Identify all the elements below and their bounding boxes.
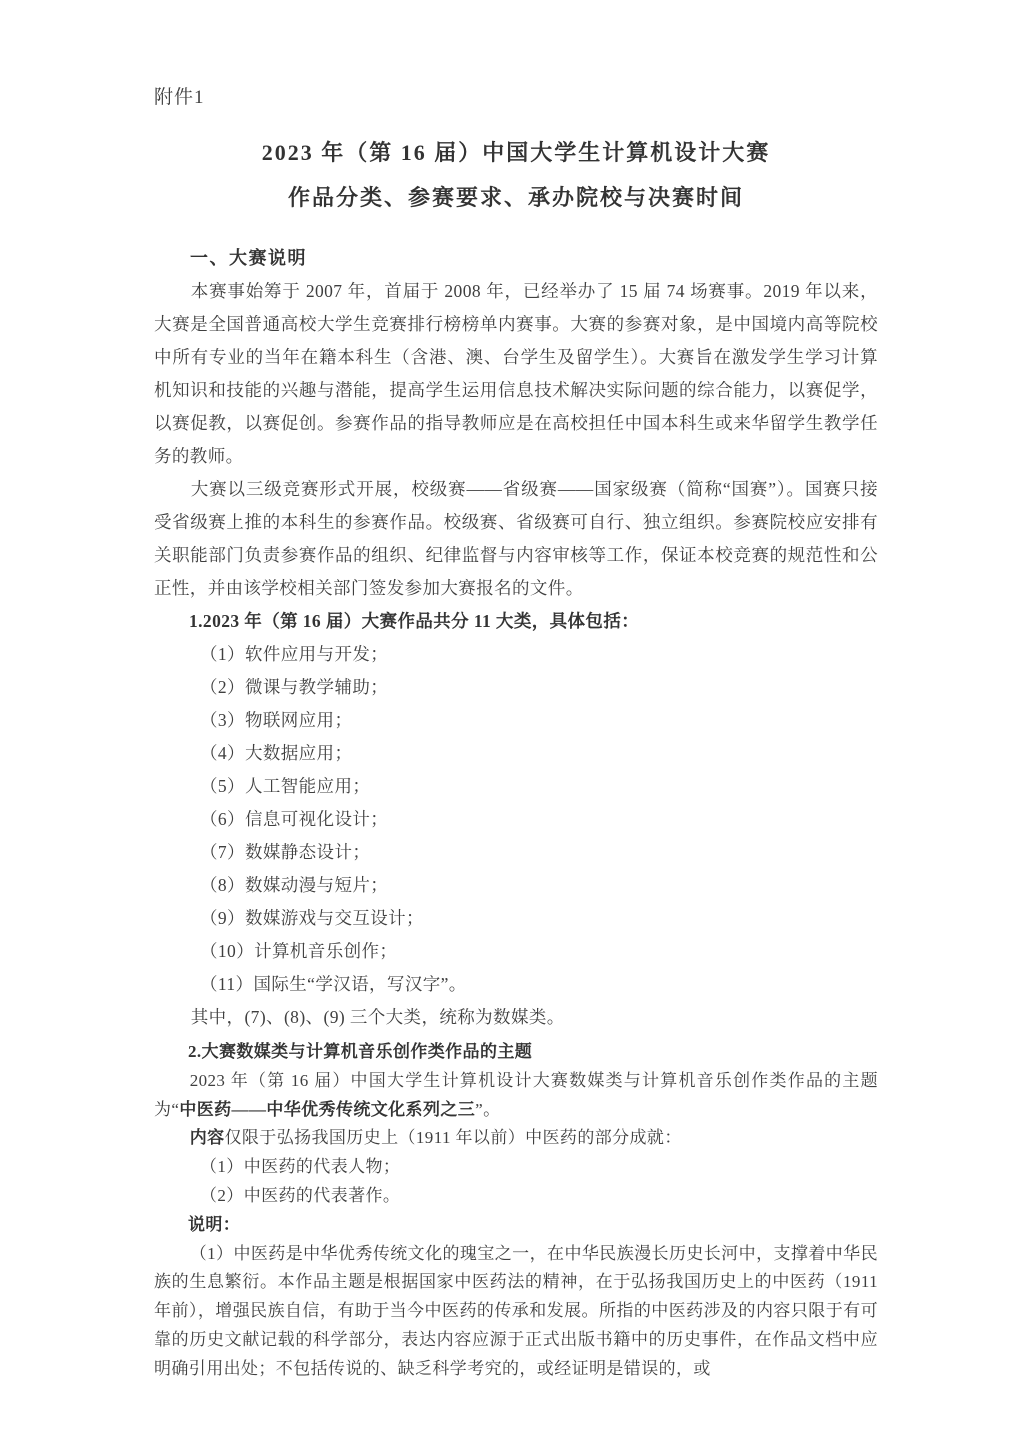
category-item: （1）软件应用与开发； bbox=[200, 638, 878, 671]
notes-label: 说明： bbox=[188, 1215, 240, 1234]
category-item: （7）数媒静态设计； bbox=[200, 836, 878, 869]
attachment-label: 附件1 bbox=[154, 84, 878, 112]
category-item: （3）物联网应用； bbox=[200, 704, 878, 737]
section-heading-overview: 一、大赛说明 bbox=[154, 242, 878, 275]
category-item: （4）大数据应用； bbox=[200, 737, 878, 770]
category-item: （11）国际生“学汉语，写汉字”。 bbox=[200, 968, 878, 1001]
content-scope-line: 内容仅限于弘扬我国历史上（1911 年以前）中医药的部分成就： bbox=[154, 1124, 878, 1153]
theme-paragraph-suffix: ”。 bbox=[475, 1100, 500, 1119]
document-title-line-1: 2023 年（第 16 届）中国大学生计算机设计大赛 bbox=[154, 130, 878, 175]
document-title: 2023 年（第 16 届）中国大学生计算机设计大赛 作品分类、参赛要求、承办院… bbox=[154, 130, 878, 220]
categories-subheading: 1.2023 年（第 16 届）大赛作品共分 11 大类，具体包括： bbox=[154, 605, 878, 638]
category-item: （6）信息可视化设计； bbox=[200, 803, 878, 836]
categories-note: 其中，(7)、(8)、(9) 三个大类，统称为数媒类。 bbox=[154, 1001, 878, 1034]
overview-paragraph-2: 大赛以三级竞赛形式开展，校级赛——省级赛——国家级赛（简称“国赛”）。国赛只接受… bbox=[154, 473, 878, 605]
content-item: （1）中医药的代表人物； bbox=[200, 1153, 878, 1182]
notes-label-line: 说明： bbox=[154, 1211, 878, 1240]
category-item: （5）人工智能应用； bbox=[200, 770, 878, 803]
content-scope-text: 仅限于弘扬我国历史上（1911 年以前）中医药的部分成就： bbox=[225, 1128, 682, 1147]
section-competition-overview: 一、大赛说明 本赛事始筹于 2007 年，首届于 2008 年，已经举办了 15… bbox=[154, 242, 878, 1034]
category-item: （2）微课与教学辅助； bbox=[200, 671, 878, 704]
section-theme: 2.大赛数媒类与计算机音乐创作类作品的主题 2023 年（第 16 届）中国大学… bbox=[154, 1038, 878, 1384]
theme-subheading: 2.大赛数媒类与计算机音乐创作类作品的主题 bbox=[154, 1038, 878, 1067]
category-item: （8）数媒动漫与短片； bbox=[200, 869, 878, 902]
theme-paragraph: 2023 年（第 16 届）中国大学生计算机设计大赛数媒类与计算机音乐创作类作品… bbox=[154, 1067, 878, 1125]
category-item: （10）计算机音乐创作； bbox=[200, 935, 878, 968]
category-item: （9）数媒游戏与交互设计； bbox=[200, 902, 878, 935]
overview-paragraph-1: 本赛事始筹于 2007 年，首届于 2008 年，已经举办了 15 届 74 场… bbox=[154, 275, 878, 473]
document-title-line-2: 作品分类、参赛要求、承办院校与决赛时间 bbox=[154, 175, 878, 220]
category-list: （1）软件应用与开发； （2）微课与教学辅助； （3）物联网应用； （4）大数据… bbox=[154, 638, 878, 1001]
notes-paragraph: （1）中医药是中华优秀传统文化的瑰宝之一，在中华民族漫长历史长河中，支撑着中华民… bbox=[154, 1240, 878, 1384]
content-item: （2）中医药的代表著作。 bbox=[200, 1182, 878, 1211]
theme-title-bold: 中医药——中华优秀传统文化系列之三 bbox=[179, 1100, 475, 1119]
document-page: 附件1 2023 年（第 16 届）中国大学生计算机设计大赛 作品分类、参赛要求… bbox=[0, 0, 1024, 1448]
content-item-list: （1）中医药的代表人物； （2）中医药的代表著作。 bbox=[154, 1153, 878, 1211]
content-label: 内容 bbox=[190, 1128, 225, 1147]
